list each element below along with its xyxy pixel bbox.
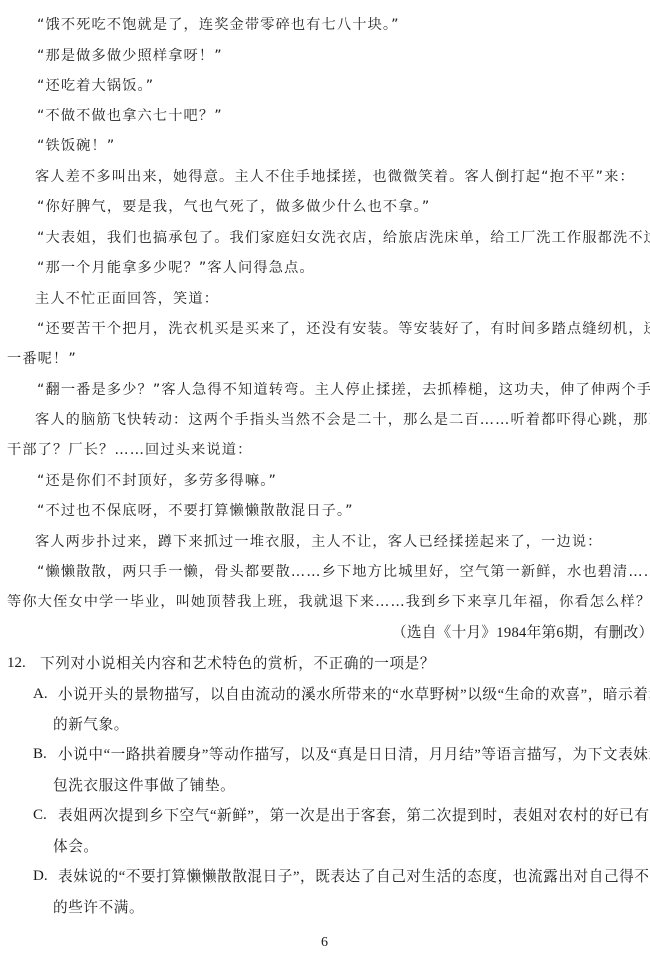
story-line: 客人差不多叫出来，她得意。主人不住手地揉搓，也微微笑着。客人倒打起“抱不平”来：: [35, 168, 635, 186]
story-line: “翻一番是多少？”客人急得不知道转弯。主人停止揉搓，去抓棒槌，这功夫，伸了伸两个…: [37, 381, 650, 399]
story-line: “那一个月能拿多少呢？”客人问得急点。: [37, 259, 315, 277]
option-text: 小说中“一路拱着腰身”等动作描写，以及“真是日日清，月月结”等语言描写，为下文表…: [58, 746, 650, 764]
story-line: 等你大侄女中学一毕业，叫她顶替我上班，我就退下来……我到乡下来享几年福，你看怎么…: [7, 593, 650, 611]
story-line: “懒懒散散，两只手一懒，骨头都要散……乡下地方比城里好，空气第一新鲜，水也碧清……: [37, 563, 650, 581]
option-text: 包洗衣服这件事做了铺垫。: [53, 777, 235, 795]
story-line: 客人两步扑过来，蹲下来抓过一堆衣服，主人不让，客人已经揉搓起来了，一边说：: [35, 533, 603, 551]
option-text: 的新气象。: [53, 716, 129, 734]
story-line: “不过也不保底呀，不要打算懒懒散散混日子。”: [37, 502, 354, 520]
story-line: “你好脾气，要是我，气也气死了，做多做少什么也不拿。”: [37, 198, 430, 216]
story-line: 客人的脑筋飞快转动：这两个手指头当然不会是二十，那么是二百……听着都吓得心跳，那…: [35, 411, 650, 429]
option-label: D.: [33, 868, 48, 885]
page-number: 6: [321, 935, 328, 951]
option-text: 体会。: [53, 838, 99, 856]
option-text: 的些许不满。: [53, 899, 144, 917]
story-line: “还是你们不封顶好，多劳多得嘛。”: [37, 472, 277, 490]
story-line: “铁饭碗！”: [37, 137, 115, 155]
story-line: 主人不忙正面回答，笑道：: [35, 290, 219, 308]
story-line: “不做不做也拿六七十吧？”: [37, 107, 223, 125]
source-citation: （选自《十月》1984年第6期，有删改）: [392, 624, 650, 642]
story-line: “那是做多做少照样拿呀！”: [37, 47, 223, 65]
option-label: B.: [33, 746, 47, 763]
story-line: “饿不死吃不饱就是了，连奖金带零碎也有七八十块。”: [37, 16, 400, 34]
option-label: A.: [33, 686, 48, 703]
option-text: 表妹说的“不要打算懒懒散散混日子”，既表达了自己对生活的态度，也流露出对自己得不…: [58, 868, 650, 886]
story-line: “还要苦干个把月，洗衣机买是买来了，还没有安装。等安装好了，有时间多踏点缝纫机，…: [37, 320, 650, 338]
story-line: 一番呢！”: [7, 350, 77, 368]
story-line: “大表姐，我们也搞承包了。我们家庭妇女洗衣店，给旅店洗床单，给工厂洗工作服都洗不…: [37, 229, 650, 247]
story-line: 干部了？厂长？……回过头来说道：: [7, 441, 252, 459]
exam-page: “饿不死吃不饱就是了，连奖金带零碎也有七八十块。” “那是做多做少照样拿呀！” …: [0, 0, 650, 958]
question-number: 12.: [7, 655, 26, 672]
option-text: 小说开头的景物描写，以自由流动的溪水所带来的“水草野树”以级“生命的欢喜”，暗示…: [58, 686, 650, 704]
option-text: 表姐两次提到乡下空气“新鲜”，第一次是出于客套，第二次提到时，表姐对农村的好已有…: [58, 807, 650, 825]
story-line: “还吃着大锅饭。”: [37, 77, 154, 95]
option-label: C.: [33, 807, 47, 824]
question-stem: 下列对小说相关内容和艺术特色的赏析，不正确的一项是？: [40, 655, 435, 673]
